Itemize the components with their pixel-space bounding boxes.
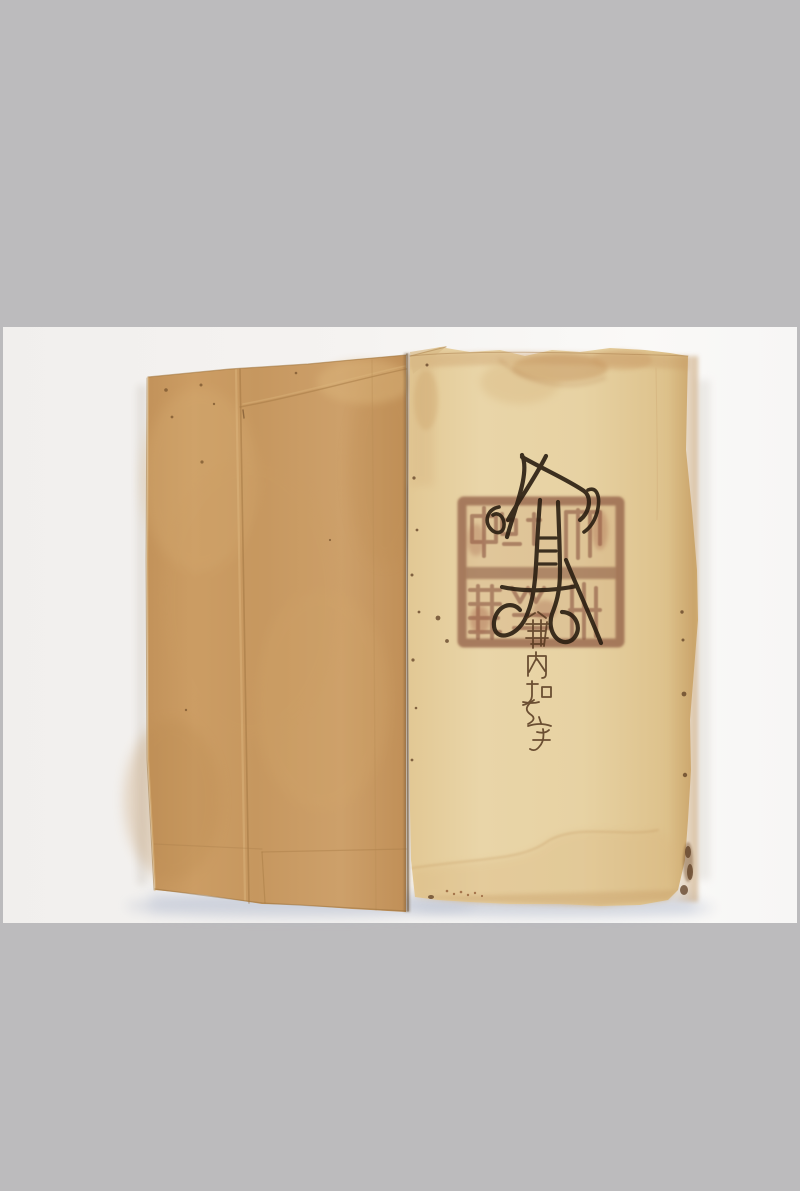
- book-page: [408, 346, 698, 906]
- photo: [0, 0, 800, 1191]
- photograph-frame: [0, 0, 800, 1191]
- book-cover: [124, 355, 421, 912]
- seal-divider-band: [466, 567, 616, 579]
